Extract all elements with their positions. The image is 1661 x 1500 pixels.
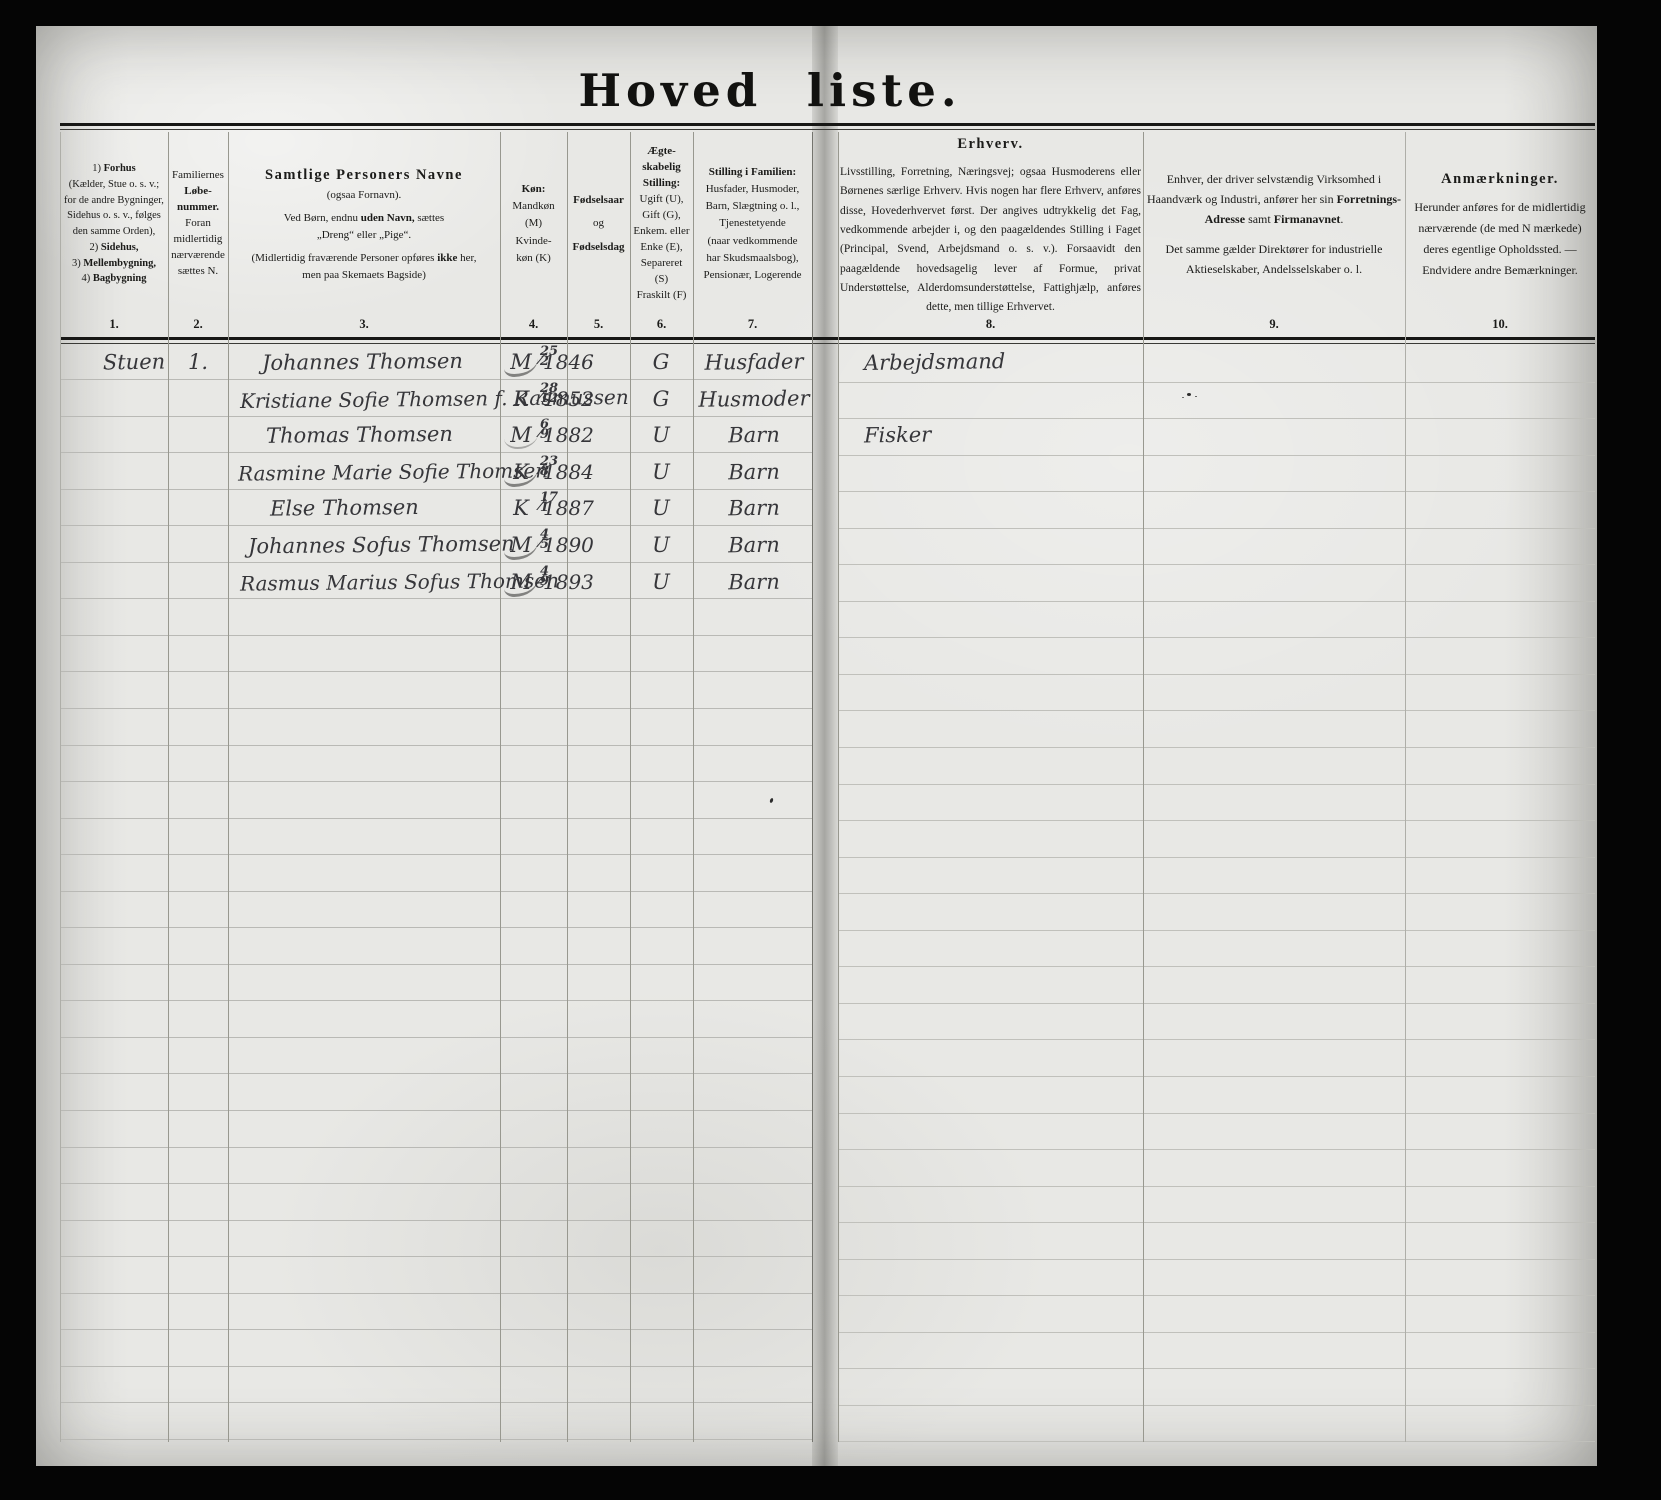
rule-line [228, 132, 229, 1442]
header-line: (M) [502, 215, 565, 232]
header-text: Erhverv. [957, 136, 1023, 152]
rule-line [60, 781, 812, 782]
rule-line [838, 1441, 1595, 1442]
header-text: den samme Orden), [73, 226, 156, 237]
header-line: midlertidig [170, 232, 226, 248]
sex-cell: K [504, 460, 538, 487]
header-line: Erhverv. [840, 132, 1141, 156]
rule-line [838, 1113, 1595, 1114]
column-number-10: 10. [1407, 317, 1593, 335]
family-position-cell: Husmoder [698, 386, 810, 412]
name-cell: Thomas Thomsen [236, 422, 453, 448]
column-header-names: Samtlige Personers Navne(ogsaa Fornavn).… [230, 132, 498, 316]
header-text: Enke (E), [640, 241, 682, 253]
rule-line [812, 132, 813, 1442]
header-line: nærværende [170, 248, 226, 264]
column-number-9: 9. [1145, 317, 1403, 335]
page-title: Hoved liste. [530, 64, 1010, 117]
marital-status-cell: U [636, 533, 686, 557]
header-line: Separeret [632, 256, 691, 272]
header-text: Sidehus o. s. v., følges [67, 210, 161, 221]
header-text: (Kælder, Stue o. s. v.; [69, 179, 159, 190]
rule-line [60, 745, 812, 746]
rule-line [838, 674, 1595, 675]
rule-line [60, 1147, 812, 1148]
building-cell [84, 569, 184, 571]
column-header-business-address: Enhver, der driver selvstændig Virksomhe… [1145, 132, 1403, 316]
header-text: Mellembygning, [83, 258, 156, 269]
rule-line [838, 132, 839, 1442]
name-cell: Johannes Thomsen [236, 349, 463, 375]
birth-year: 1884 [543, 460, 594, 484]
header-line: Enkem. eller [632, 224, 691, 240]
column-header-family-position: Stilling i Familien:Husfader, Husmoder,B… [695, 132, 810, 316]
header-line: Mandkøn [502, 198, 565, 215]
header-line: den samme Orden), [62, 224, 166, 240]
header-line: Gift (G), [632, 208, 691, 224]
header-text: 3) [72, 258, 83, 269]
header-text: Sidehus, [101, 242, 139, 253]
header-line: og [569, 212, 628, 235]
header-line: sættes N. [170, 264, 226, 280]
header-line: (Midlertidig fraværende Personer opføres… [230, 250, 498, 267]
building-cell [84, 422, 184, 424]
header-line: (ogsaa Fornavn). [230, 187, 498, 204]
rule-line [60, 1439, 812, 1440]
birth-year: 1846 [543, 350, 594, 374]
rule-line [693, 132, 694, 1442]
rule-line [60, 1110, 812, 1111]
rule-line [60, 1220, 812, 1221]
rule-line [838, 747, 1595, 748]
census-entry-row: Stuen 1. Johannes Thomsen M 25⁄21846 G H… [0, 350, 1661, 384]
header-text: uden Navn, [361, 212, 415, 224]
header-text: her, [457, 252, 476, 264]
header-text: Gift (G), [642, 209, 681, 221]
family-position-cell: Barn [698, 422, 810, 448]
header-text: Familiernes [172, 169, 224, 181]
rule-line [838, 1405, 1595, 1406]
header-text: Kvinde- [515, 235, 551, 247]
header-text: og [593, 217, 604, 229]
rule-line [838, 1039, 1595, 1040]
header-text: Livsstilling, Forretning, Næringsvej; og… [840, 166, 1141, 313]
header-text: Ved Børn, endnu [284, 212, 361, 224]
column-header-birthdate: FødselsaarogFødselsdag [569, 132, 628, 316]
rule-line [60, 818, 812, 819]
header-line: 2) Sidehus, [62, 240, 166, 256]
header-line: skabelig [632, 160, 691, 176]
header-text: sættes N. [178, 265, 218, 277]
header-line: „Dreng“ eller „Pige“. [230, 227, 498, 244]
rule-line [838, 893, 1595, 894]
header-text: men paa Skemaets Bagside) [302, 269, 426, 281]
rule-line [60, 671, 812, 672]
rule-line [60, 964, 812, 965]
header-text: Bagbygning [93, 273, 147, 284]
census-entry-row: Rasmus Marius Sofus Thomsen M 4⁄91893 U … [0, 570, 1661, 604]
rule-line [838, 784, 1595, 785]
header-text: Mandkøn [512, 200, 554, 212]
column-header-sex: Køn:Mandkøn(M)Kvinde-køn (K) [502, 132, 565, 316]
rule-line [838, 1295, 1595, 1296]
header-text: Anmærkninger. [1441, 171, 1559, 187]
header-line: Livsstilling, Forretning, Næringsvej; og… [840, 163, 1141, 316]
birth-year: 1893 [543, 570, 594, 594]
census-entry-row: Thomas Thomsen M 6⁄91882 U Barn Fisker [0, 423, 1661, 457]
header-text: Barn, Slægtning o. l., [706, 200, 800, 212]
rule-line [60, 1183, 812, 1184]
marital-status-cell: U [636, 570, 686, 594]
header-text: (naar vedkommende [707, 235, 797, 247]
header-line: Herunder anføres for de midlertidig nærv… [1407, 197, 1593, 281]
header-text: Foran [185, 217, 211, 229]
column-number-7: 7. [695, 317, 810, 335]
rule-line [60, 1402, 812, 1403]
header-line: for de andre Bygninger, [62, 193, 166, 209]
header-line: (naar vedkommende [695, 233, 810, 250]
rule-line [838, 637, 1595, 638]
scanned-census-page: Hoved liste. 1) Forhus(Kælder, Stue o. s… [0, 0, 1661, 1500]
rule-line [838, 1076, 1595, 1077]
rule-line [838, 1186, 1595, 1187]
column-header-remarks: Anmærkninger.Herunder anføres for de mid… [1407, 132, 1593, 316]
census-entry-row: Johannes Sofus Thomsen M 4⁄51890 U Barn [0, 533, 1661, 567]
header-text: Pensionær, Logerende [704, 269, 802, 281]
header-text: Tjenestetyende [719, 217, 786, 229]
rule-line [838, 1332, 1595, 1333]
header-text: Ægte- [647, 145, 676, 157]
header-line: nummer. [170, 200, 226, 216]
header-text: for de andre Bygninger, [64, 195, 164, 206]
header-line: Tjenestetyende [695, 215, 810, 232]
header-text: Stilling i Familien: [709, 166, 796, 178]
header-line: Fødselsaar [569, 189, 628, 212]
column-header-building: 1) Forhus(Kælder, Stue o. s. v.;for de a… [62, 132, 166, 316]
rule-line [60, 1037, 812, 1038]
header-line: Foran [170, 216, 226, 232]
book-fold-gutter [812, 26, 838, 1466]
building-cell [84, 496, 184, 498]
column-header-occupation: Erhverv.Livsstilling, Forretning, Næring… [840, 132, 1141, 316]
rule-line [60, 1329, 812, 1330]
header-line: Stilling i Familien: [695, 164, 810, 181]
column-number-8: 8. [840, 317, 1141, 335]
header-line: Stilling: [632, 176, 691, 192]
ink-smudge [1187, 393, 1191, 396]
rule-line [60, 635, 812, 636]
header-line: men paa Skemaets Bagside) [230, 267, 498, 284]
header-line: Enhver, der driver selvstændig Virksomhe… [1145, 169, 1403, 230]
header-line: Barn, Slægtning o. l., [695, 198, 810, 215]
building-cell [84, 532, 184, 534]
header-rule-thick [60, 337, 1595, 340]
occupation-cell: Fisker [864, 423, 932, 448]
rule-line [60, 1073, 812, 1074]
header-text: 4) [81, 273, 92, 284]
header-line: Anmærkninger. [1407, 167, 1593, 192]
column-number-6: 6. [632, 317, 691, 335]
family-position-cell: Husfader [698, 349, 810, 375]
title-rule-thin [60, 129, 1595, 130]
header-line: 3) Mellembygning, [62, 256, 166, 272]
header-line: Enke (E), [632, 240, 691, 256]
column-number-2: 2. [170, 317, 226, 335]
header-line: Løbe- [170, 184, 226, 200]
header-text: Det samme gælder Direktører for industri… [1166, 242, 1383, 276]
rule-line [1405, 132, 1406, 1442]
header-text: Ugift (U), [640, 193, 684, 205]
header-text: (M) [525, 217, 542, 229]
header-text: „Dreng“ eller „Pige“. [317, 229, 411, 241]
header-line: Sidehus o. s. v., følges [62, 208, 166, 224]
rule-line [500, 132, 501, 1442]
rule-line [838, 1368, 1595, 1369]
header-line: (S) [632, 272, 691, 288]
title-rule-thick [60, 123, 1595, 126]
family-position-cell: Barn [698, 459, 810, 485]
header-line: Fødselsdag [569, 236, 628, 259]
header-text: (S) [655, 273, 668, 285]
header-text: sættes [415, 212, 445, 224]
rule-line [168, 132, 169, 1442]
header-line: Familiernes [170, 168, 226, 184]
rule-line [838, 820, 1595, 821]
header-text: (Midlertidig fraværende Personer opføres [251, 252, 437, 264]
marital-status-cell: U [636, 423, 686, 447]
header-text: Separeret [641, 257, 683, 269]
header-rule-thin [60, 343, 1595, 344]
header-text: Firmanavnet [1274, 212, 1341, 226]
header-line: Det samme gælder Direktører for industri… [1145, 239, 1403, 280]
rule-line [630, 132, 631, 1442]
header-text: køn (K) [516, 252, 551, 264]
header-line: Ved Børn, endnu uden Navn, sættes [230, 210, 498, 227]
rule-line [60, 708, 812, 709]
rule-line [60, 1000, 812, 1001]
rule-line [1143, 132, 1144, 1442]
rule-line [838, 710, 1595, 711]
rule-line [60, 1366, 812, 1367]
header-text: samt [1245, 212, 1274, 226]
header-line: Kvinde- [502, 233, 565, 250]
rule-line [838, 1149, 1595, 1150]
header-text: Fødselsaar [573, 194, 624, 206]
header-text: ikke [437, 252, 457, 264]
column-number-4: 4. [502, 317, 565, 335]
rule-line [838, 966, 1595, 967]
header-text: har Skudsmaalsbog), [706, 252, 798, 264]
header-text: Enkem. eller [633, 225, 689, 237]
name-cell: Johannes Sofus Thomsen [236, 532, 515, 559]
header-text: Løbe- [184, 185, 212, 197]
header-line: (Kælder, Stue o. s. v.; [62, 177, 166, 193]
name-cell: Rasmine Marie Sofie Thomsen [236, 458, 548, 485]
building-cell [84, 459, 184, 461]
sex-cell: M [504, 423, 538, 449]
sex-cell: M [504, 533, 538, 560]
header-line: Pensionær, Logerende [695, 267, 810, 284]
header-text: Samtlige Personers Navne [265, 167, 463, 183]
column-number-1: 1. [62, 317, 166, 335]
header-text: midlertidig [174, 233, 223, 245]
rule-line [60, 927, 812, 928]
marital-status-cell: G [636, 350, 686, 374]
header-text: Fraskilt (F) [637, 289, 687, 301]
header-text: Køn: [522, 183, 546, 195]
family-position-cell: Barn [698, 532, 810, 558]
header-text: (ogsaa Fornavn). [327, 189, 402, 201]
header-text: skabelig [642, 161, 681, 173]
marital-status-cell: G [636, 387, 686, 411]
header-line: Ugift (U), [632, 192, 691, 208]
rule-line [838, 930, 1595, 931]
header-text: Forhus [104, 163, 136, 174]
header-line: Husfader, Husmoder, [695, 181, 810, 198]
building-cell: Stuen [84, 349, 184, 375]
birth-year: 1890 [543, 533, 594, 557]
birth-year: 1882 [543, 423, 594, 447]
column-number-3: 3. [230, 317, 498, 335]
header-text: Husfader, Husmoder, [706, 183, 800, 195]
rule-line [838, 1259, 1595, 1260]
rule-line [60, 854, 812, 855]
header-line: køn (K) [502, 250, 565, 267]
family-number-cell: 1. [178, 350, 218, 374]
occupation-cell: Arbejdsmand [864, 349, 1006, 375]
name-cell: Else Thomsen [236, 495, 419, 521]
header-text: 1) [92, 163, 103, 174]
header-line: Ægte- [632, 144, 691, 160]
column-number-5: 5. [569, 317, 628, 335]
header-text: nærværende [171, 249, 225, 261]
family-position-cell: Barn [698, 496, 810, 522]
rule-line [567, 132, 568, 1442]
census-entry-row: Else Thomsen K 17⁄11887 U Barn [0, 496, 1661, 530]
marital-status-cell: U [636, 460, 686, 484]
header-line: 1) Forhus [62, 161, 166, 177]
rule-line [838, 1222, 1595, 1223]
birth-year: 1852 [543, 387, 594, 411]
header-text: Stilling: [643, 177, 680, 189]
sex-cell: K [504, 387, 538, 411]
sex-cell: K [504, 496, 538, 520]
family-position-cell: Barn [698, 569, 810, 595]
header-line: Køn: [502, 181, 565, 198]
rule-line [60, 1293, 812, 1294]
rule-line [60, 1256, 812, 1257]
header-text: Herunder anføres for de midlertidig nærv… [1414, 200, 1585, 277]
census-entry-row: Kristiane Sofie Thomsen f. Rasmussen K 2… [0, 387, 1661, 421]
building-cell [84, 386, 184, 388]
header-text: nummer. [177, 201, 219, 213]
birth-year: 1887 [543, 496, 594, 520]
marital-status-cell: U [636, 496, 686, 520]
header-text: . [1340, 212, 1343, 226]
header-line: har Skudsmaalsbog), [695, 250, 810, 267]
rule-line [60, 891, 812, 892]
header-text: 2) [89, 242, 100, 253]
sex-cell: M [504, 350, 538, 377]
column-header-marital-status: Ægte-skabeligStilling:Ugift (U),Gift (G)… [632, 132, 691, 316]
header-line: Samtlige Personers Navne [230, 164, 498, 186]
header-line: Fraskilt (F) [632, 288, 691, 304]
header-text: Fødselsdag [573, 241, 625, 253]
rule-line [838, 1003, 1595, 1004]
column-header-family-number: FamiliernesLøbe-nummer.Foranmidlertidign… [170, 132, 226, 316]
rule-line [838, 857, 1595, 858]
rule-line [60, 132, 61, 1442]
header-line: 4) Bagbygning [62, 271, 166, 287]
census-entry-row: Rasmine Marie Sofie Thomsen K 23⁄81884 U… [0, 460, 1661, 494]
